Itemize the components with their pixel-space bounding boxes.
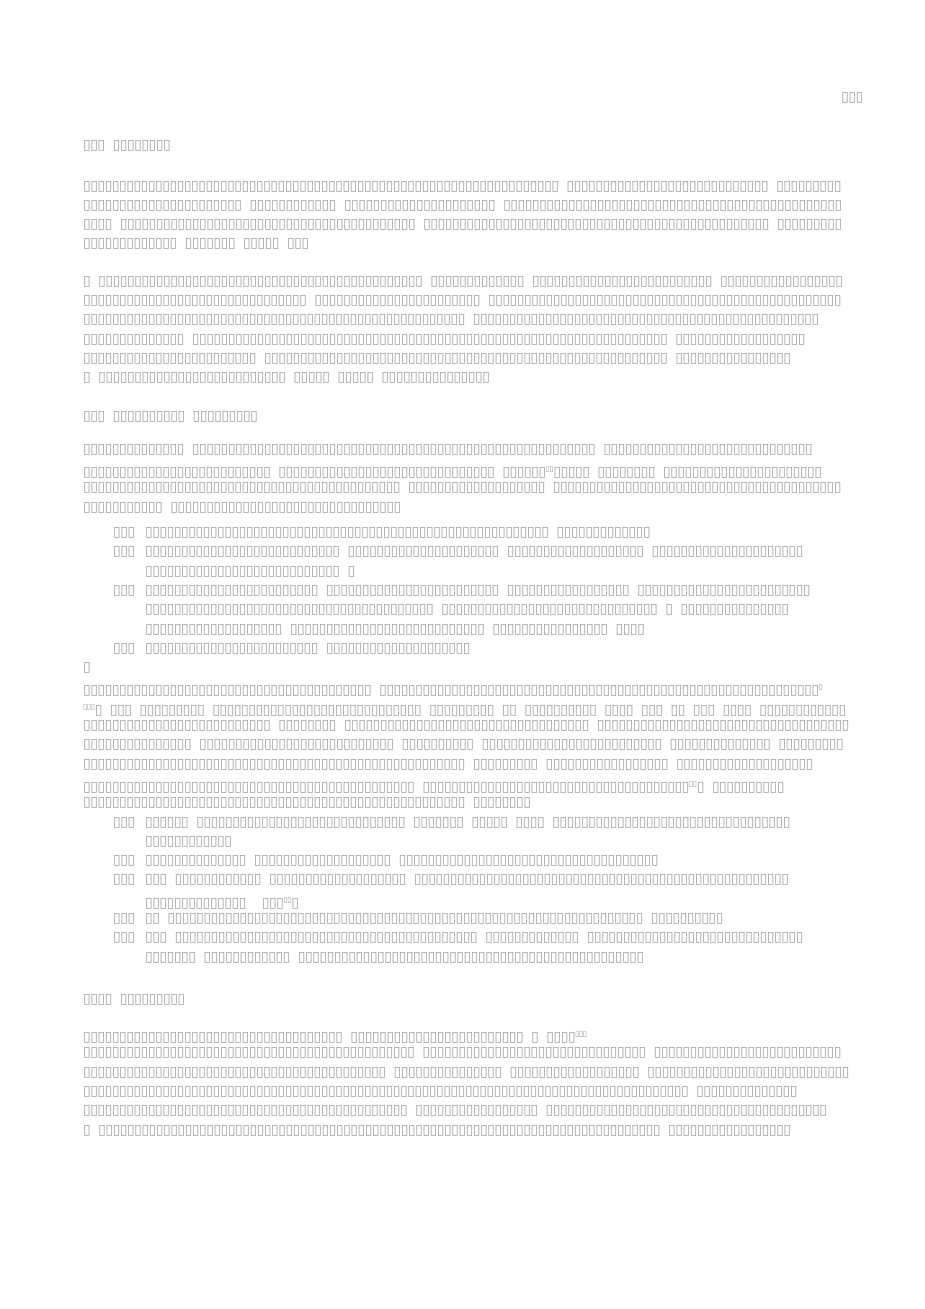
text-line: ▯▯▯▯ ▯▯▯ ▯▯▯▯▯▯▯▯▯ ▯▯▯▯▯▯▯▯▯▯▯▯▯▯▯▯▯▯▯▯▯… [83, 697, 862, 716]
list-marker: ▯▯▯ [113, 542, 135, 561]
text-line: ▯▯▯▯▯▯▯▯▯▯▯▯▯ ▯▯▯▯▯▯▯ ▯▯▯▯▯ ▯▯▯ [83, 234, 862, 253]
text-line: ▯ ▯▯▯▯▯▯▯▯▯▯▯▯▯▯▯▯▯▯▯▯▯▯▯▯▯▯ ▯▯▯▯▯ ▯▯▯▯▯… [83, 368, 862, 387]
text-line: ▯▯▯▯▯▯▯▯▯▯▯▯▯▯▯▯▯▯▯▯▯▯▯▯▯▯▯▯▯▯▯▯▯▯▯▯ ▯▯▯… [83, 1024, 862, 1043]
text-segment: ▯▯▯▯▯▯▯▯▯▯▯▯▯▯▯▯▯▯▯▯▯▯▯▯▯▯ ▯▯▯▯▯▯▯▯▯▯▯▯▯… [83, 464, 546, 478]
text-line: ▯▯▯▯▯▯▯▯▯▯▯▯▯▯▯▯▯▯▯▯▯▯▯▯▯▯▯▯▯▯▯▯▯▯▯▯▯▯▯▯… [83, 677, 862, 696]
footnote-ref: ▯▯▯ [575, 1029, 587, 1038]
text-segment: ▯▯▯▯▯▯▯▯▯▯▯▯▯▯▯▯▯▯▯▯▯▯▯▯▯▯▯▯▯▯▯▯▯▯▯▯▯▯▯▯… [145, 524, 650, 540]
list-marker: ▯▯▯ [113, 928, 135, 947]
text-line: ▯▯▯▯▯▯▯▯▯▯▯▯▯▯▯▯▯▯▯▯▯▯▯▯ ▯▯▯▯▯▯▯▯▯▯▯▯▯▯▯… [83, 349, 862, 368]
text-line: ▯▯▯▯▯▯ ▯▯▯▯▯▯▯▯▯▯▯▯▯▯▯▯▯▯▯▯▯▯▯▯▯▯▯▯▯▯▯▯▯… [83, 928, 862, 947]
text-line: ▯ ▯▯▯▯▯▯▯▯▯▯▯▯▯▯▯▯▯▯▯▯▯▯▯▯▯▯▯▯▯▯▯▯▯▯▯▯▯▯… [83, 272, 862, 291]
text-line: ▯▯▯▯▯▯▯▯▯▯▯▯▯▯▯▯▯▯▯▯▯▯▯▯▯▯ ▯▯▯▯▯▯▯▯ ▯▯▯▯… [83, 716, 862, 735]
text-segment: ▯▯▯▯▯▯▯▯▯▯▯▯▯▯▯▯▯▯▯▯▯▯▯▯▯▯▯▯▯▯▯▯▯▯▯▯▯▯▯▯… [83, 779, 689, 793]
list-marker: ▯▯▯ [113, 909, 135, 928]
section-heading-3: ▯▯▯▯ ▯▯▯▯▯▯▯▯▯ [83, 990, 862, 1009]
text-line: ▯▯▯▯▯▯▯▯▯▯▯▯▯▯▯▯▯▯▯▯▯▯▯▯▯▯▯▯▯▯▯▯▯▯▯▯▯▯▯▯… [83, 755, 862, 774]
page-number: ▯▯▯▯ [841, 88, 862, 107]
footnote-ref: ▯▯▯ [83, 702, 95, 711]
paragraph-1: ▯▯▯▯▯▯▯▯▯▯▯▯▯▯▯▯▯▯▯▯▯▯▯▯▯▯▯▯▯▯▯▯▯▯▯▯▯▯▯▯… [83, 177, 862, 254]
section-heading-2: ▯▯▯ ▯▯▯▯▯▯▯▯▯▯ ▯▯▯▯▯▯▯▯▯ [83, 407, 862, 426]
list-marker: ▯▯▯ [113, 870, 135, 889]
text-line: ▯▯▯▯▯▯▯▯▯▯▯▯▯▯▯▯▯▯▯▯▯▯▯▯▯▯▯▯▯▯▯▯▯▯▯▯▯▯▯▯… [83, 1082, 862, 1101]
text-segment: ▯▯▯▯▯▯▯▯▯▯▯▯▯▯▯▯▯▯▯▯▯▯▯▯ ▯▯▯▯▯▯▯▯▯▯▯▯▯▯▯… [145, 640, 470, 656]
list-marker: ▯▯▯ [113, 639, 135, 658]
text-line: ▯▯▯▯▯▯▯▯▯▯▯▯▯▯▯▯▯▯▯▯▯▯▯▯▯▯ ▯▯▯▯▯▯▯▯▯▯▯▯▯… [83, 459, 862, 478]
numbered-list-a: ▯▯▯▯▯▯▯▯▯▯▯▯▯▯▯▯▯▯▯▯▯▯▯▯▯▯▯▯▯▯▯▯▯▯▯▯▯▯▯▯… [83, 523, 862, 658]
text-line: ▯ ▯▯▯▯▯▯▯▯▯▯▯▯▯▯▯▯▯▯▯▯▯▯▯▯▯▯▯▯▯▯▯▯▯▯▯▯▯▯… [83, 1121, 862, 1140]
text-line: ▯▯▯▯▯▯▯▯▯▯▯▯▯▯▯▯▯▯▯▯▯▯▯▯▯▯▯▯▯▯▯▯▯▯▯▯▯▯▯▯… [83, 1063, 862, 1082]
text-line: ▯▯▯▯▯▯▯▯▯▯▯▯▯▯▯▯▯▯▯▯▯▯ ▯▯▯▯▯▯▯▯▯▯▯▯ ▯▯▯▯… [83, 196, 862, 215]
text-line: ▯▯▯▯▯▯▯▯▯▯▯▯▯▯▯▯▯▯▯▯▯▯▯▯▯▯▯▯▯▯▯▯▯▯▯▯▯▯▯▯… [83, 600, 862, 619]
list-item: ▯▯▯▯▯▯▯▯▯▯▯▯▯▯▯▯▯ ▯▯▯▯▯▯▯▯▯▯▯▯▯▯▯▯▯▯▯ ▯▯… [83, 851, 862, 870]
text-line: ▯▯▯▯▯▯▯▯▯▯▯▯▯▯▯▯▯▯▯▯▯▯▯▯▯▯▯ ▯▯▯▯▯▯▯▯▯▯▯▯… [83, 639, 862, 658]
list-marker: ▯▯▯ [113, 581, 135, 600]
text-line: ▯▯▯▯▯▯▯▯▯▯▯▯▯▯▯▯▯▯▯▯▯▯▯▯▯▯▯▯▯▯▯▯▯▯▯▯▯▯▯▯… [83, 523, 862, 542]
list-item: ▯▯▯▯▯▯ ▯▯▯▯▯▯▯▯▯▯▯▯▯▯▯▯▯▯▯▯▯▯▯▯▯▯▯▯▯▯▯▯▯… [83, 928, 862, 967]
list-item: ▯▯▯▯▯▯▯▯▯▯▯▯▯▯▯▯▯▯▯▯▯▯▯▯▯▯▯ ▯▯▯▯▯▯▯▯▯▯▯▯… [83, 639, 862, 658]
list-marker: ▯▯▯ [113, 523, 135, 542]
text-line: ▯▯▯▯▯▯▯▯▯▯▯▯▯▯▯▯▯▯▯▯▯▯▯▯▯▯▯▯▯▯▯▯▯▯▯▯▯▯▯▯… [83, 1043, 862, 1062]
text-segment: ▯▯▯▯▯▯▯▯▯▯▯▯▯▯ ▯▯▯ [145, 895, 283, 909]
page-header: ▯ ▯▯▯▯▯▯▯▯▯▯▯▯▯▯▯▯▯▯▯▯ ▯▯▯ ▯▯ ▯▯▯▯▯▯▯▯▯▯… [83, 88, 862, 107]
list-marker: ▯▯▯ [113, 851, 135, 870]
text-segment: ▯▯▯▯▯▯ ▯▯▯▯▯▯▯▯▯▯▯▯▯▯▯▯▯▯▯▯▯▯▯▯▯▯▯▯▯ ▯▯▯… [145, 814, 790, 830]
text-line: ▯▯▯▯▯▯▯▯▯▯▯▯▯▯▯▯▯▯▯▯▯▯▯▯▯▯▯▯▯▯▯▯▯▯▯▯▯▯▯▯… [83, 478, 862, 497]
text-segment: ▯▯▯▯▯▯▯▯▯▯▯▯▯▯▯▯▯▯▯▯▯▯▯▯▯▯▯ ▯▯▯▯▯▯▯▯▯▯▯▯… [145, 543, 803, 559]
numbered-list-b: ▯▯▯▯▯▯▯▯▯ ▯▯▯▯▯▯▯▯▯▯▯▯▯▯▯▯▯▯▯▯▯▯▯▯▯▯▯▯▯ … [83, 813, 862, 967]
text-line: ▯▯▯▯▯▯▯▯▯▯▯▯▯▯ ▯▯▯▯▯▯ [83, 890, 862, 909]
section-heading-1: ▯▯▯ ▯▯▯▯▯▯▯▯ [83, 136, 862, 155]
text-line: ▯▯▯▯▯▯▯ ▯▯▯▯▯▯▯▯▯▯▯▯ ▯▯▯▯▯▯▯▯▯▯▯▯▯▯▯▯▯▯▯… [83, 948, 862, 967]
text-line: ▯▯▯▯▯▯▯▯▯▯▯▯▯▯ ▯▯▯▯▯▯▯▯▯▯▯▯▯▯▯▯▯▯▯▯▯▯▯▯▯… [83, 330, 862, 349]
list-item: ▯▯▯▯▯▯▯▯▯▯▯▯▯▯▯▯▯▯▯▯▯▯▯▯▯▯▯▯▯▯ ▯▯▯▯▯▯▯▯▯… [83, 542, 862, 581]
paragraph-5: ▯▯▯▯▯▯▯▯▯▯▯▯▯▯▯▯▯▯▯▯▯▯▯▯▯▯▯▯▯▯▯▯▯▯▯▯ ▯▯▯… [83, 1024, 862, 1043]
text-line: ▯▯▯▯▯▯▯▯▯▯▯▯▯▯▯▯▯▯▯▯▯▯▯▯▯▯▯▯▯▯▯▯▯▯▯▯▯▯▯▯… [83, 177, 862, 196]
text-line: ▯▯▯▯▯▯▯▯▯ ▯▯▯▯▯▯▯▯▯▯▯▯▯▯▯▯▯▯▯▯▯▯▯▯▯▯▯▯▯ … [83, 813, 862, 832]
text-line: ▯▯▯▯ ▯▯▯▯▯▯▯▯▯▯▯▯▯▯▯▯▯▯▯▯▯▯▯▯▯▯▯▯▯▯▯▯▯▯▯… [83, 215, 862, 234]
text-segment: ▯ ▯▯▯▯▯▯▯▯▯▯ [697, 779, 784, 793]
text-line: ▯▯▯▯▯ ▯▯▯▯▯▯▯▯▯▯▯▯▯▯▯▯▯▯▯▯▯▯▯▯▯▯▯▯▯▯▯▯▯▯… [83, 909, 862, 928]
paragraph-6: ▯▯▯▯▯▯▯▯▯▯▯▯▯▯▯▯▯▯▯▯▯▯▯▯▯▯▯▯▯▯▯▯▯▯▯▯▯▯▯▯… [83, 1043, 862, 1139]
list-item: ▯▯▯▯▯ ▯▯▯▯▯▯▯▯▯▯▯▯▯▯▯▯▯▯▯▯▯▯▯▯▯▯▯▯▯▯▯▯▯▯… [83, 909, 862, 928]
stray-character-line: ▯ [83, 658, 862, 677]
list-item: ▯▯▯▯▯▯ ▯▯▯▯▯▯▯▯▯▯▯▯ ▯▯▯▯▯▯▯▯▯▯▯▯▯▯▯▯▯▯▯ … [83, 870, 862, 909]
footnote-ref: ▯▯ [689, 779, 697, 788]
text-line: ▯▯▯▯▯▯▯▯▯▯▯▯▯▯▯▯▯ ▯▯▯▯▯▯▯▯▯▯▯▯▯▯▯▯▯▯▯ ▯▯… [83, 851, 862, 870]
text-line: ▯▯▯▯▯▯▯▯▯▯▯▯▯▯▯▯▯▯▯▯▯▯▯▯▯▯▯▯▯▯ ▯▯▯▯▯▯▯▯▯… [83, 542, 862, 561]
text-segment: ▯▯▯ ▯▯▯▯▯▯▯▯▯▯▯▯ ▯▯▯▯▯▯▯▯▯▯▯▯▯▯▯▯▯▯▯ ▯▯▯… [145, 871, 788, 887]
text-line: ▯▯▯▯▯▯▯▯▯▯▯▯▯▯▯▯▯▯▯▯▯▯▯▯▯▯▯ ▯ [83, 562, 862, 581]
list-item: ▯▯▯▯▯▯▯▯▯▯▯▯▯▯▯▯▯▯▯▯▯▯▯▯▯▯▯▯▯▯▯▯▯▯▯▯▯▯▯▯… [83, 523, 862, 542]
text-line: ▯▯▯▯▯▯▯▯▯▯▯▯▯▯▯ ▯▯▯▯▯▯▯▯▯▯▯▯▯▯▯▯▯▯▯▯▯▯▯▯… [83, 735, 862, 754]
text-line: ▯▯▯▯▯▯▯▯▯▯▯▯▯▯▯▯▯▯▯▯▯▯▯▯▯▯▯▯▯▯▯▯▯▯▯▯▯▯▯▯… [83, 793, 862, 812]
text-segment: ▯▯▯▯▯▯▯▯▯▯▯▯▯▯ ▯▯▯▯▯▯▯▯▯▯▯▯▯▯▯▯▯▯▯ ▯▯▯▯▯… [145, 852, 658, 868]
text-line: ▯▯▯▯▯▯▯▯▯▯▯▯▯▯▯▯▯▯▯▯▯▯▯▯▯▯▯▯▯▯▯ ▯▯▯▯▯▯▯▯… [83, 291, 862, 310]
list-item: ▯▯▯▯▯▯▯▯▯▯▯▯▯▯▯▯▯▯▯▯▯▯▯▯▯▯▯ ▯▯▯▯▯▯▯▯▯▯▯▯… [83, 581, 862, 639]
text-line: ▯▯▯▯▯▯▯▯▯▯▯▯▯▯▯▯▯▯▯▯▯▯▯▯▯▯▯▯▯▯▯▯▯▯▯▯▯▯▯▯… [83, 310, 862, 329]
text-segment: ▯▯▯ ▯▯▯▯▯▯▯▯▯▯▯▯▯▯▯▯▯▯▯▯▯▯▯▯▯▯▯▯▯▯▯▯▯▯▯▯… [145, 929, 803, 945]
text-line: ▯▯▯▯▯▯▯▯▯▯▯▯▯▯▯▯▯▯▯ ▯▯▯▯▯▯▯▯▯▯▯▯▯▯▯▯▯▯▯▯… [83, 620, 862, 639]
text-line: ▯▯▯▯▯▯▯▯▯▯▯▯▯▯ ▯▯▯▯▯▯▯▯▯▯▯▯▯▯▯▯▯▯▯▯▯▯▯▯▯… [83, 440, 862, 459]
paragraph-4: ▯▯▯▯▯▯▯▯▯▯▯▯▯▯▯▯▯▯▯▯▯▯▯▯▯▯▯▯▯▯▯▯▯▯▯▯▯▯▯▯… [83, 677, 862, 812]
text-segment: ▯▯▯▯▯ ▯▯▯▯▯▯▯▯ ▯▯▯▯▯▯▯▯▯▯▯▯▯▯▯▯▯▯▯▯▯▯ [553, 464, 821, 478]
text-segment: ▯ [291, 895, 298, 909]
paragraph-2: ▯ ▯▯▯▯▯▯▯▯▯▯▯▯▯▯▯▯▯▯▯▯▯▯▯▯▯▯▯▯▯▯▯▯▯▯▯▯▯▯… [83, 272, 862, 388]
text-line: ▯▯▯▯▯▯▯▯▯▯▯▯▯▯▯▯▯▯▯▯▯▯▯▯▯▯▯▯▯▯▯▯▯▯▯▯▯▯▯▯… [83, 774, 862, 793]
text-line: ▯▯▯▯▯▯ ▯▯▯▯▯▯▯▯▯▯▯▯ ▯▯▯▯▯▯▯▯▯▯▯▯▯▯▯▯▯▯▯ … [83, 870, 862, 889]
text-line: ▯▯▯▯▯▯▯▯▯▯▯▯▯▯▯▯▯▯▯▯▯▯▯▯▯▯▯▯▯▯▯▯▯▯▯▯▯▯▯▯… [83, 1101, 862, 1120]
text-line: ▯▯▯▯▯▯▯▯▯▯▯▯ [83, 832, 862, 851]
list-item: ▯▯▯▯▯▯▯▯▯ ▯▯▯▯▯▯▯▯▯▯▯▯▯▯▯▯▯▯▯▯▯▯▯▯▯▯▯▯▯ … [83, 813, 862, 852]
list-marker: ▯▯▯ [113, 813, 135, 832]
text-segment: ▯▯▯▯▯▯▯▯▯▯▯▯▯▯▯▯▯▯▯▯▯▯▯▯▯▯▯▯▯▯▯▯▯▯▯▯▯▯▯▯… [83, 682, 819, 696]
text-segment: ▯ ▯▯▯ ▯▯▯▯▯▯▯▯▯ ▯▯▯▯▯▯▯▯▯▯▯▯▯▯▯▯▯▯▯▯▯▯▯▯… [95, 702, 846, 716]
text-line: ▯▯▯▯▯▯▯▯▯▯▯▯▯▯▯▯▯▯▯▯▯▯▯▯▯▯▯ ▯▯▯▯▯▯▯▯▯▯▯▯… [83, 581, 862, 600]
footnote-ref: ▯ [819, 682, 823, 691]
document-content: ▯ ▯▯▯▯▯▯▯▯▯▯▯▯▯▯▯▯▯▯▯▯ ▯▯▯ ▯▯ ▯▯▯▯▯▯▯▯▯▯… [83, 0, 862, 1140]
text-segment: ▯▯ ▯▯▯▯▯▯▯▯▯▯▯▯▯▯▯▯▯▯▯▯▯▯▯▯▯▯▯▯▯▯▯▯▯▯▯▯▯… [145, 910, 723, 926]
text-segment: ▯▯▯▯▯▯▯▯▯▯▯▯▯▯▯▯▯▯▯▯▯▯▯▯ ▯▯▯▯▯▯▯▯▯▯▯▯▯▯▯… [145, 582, 810, 598]
text-segment: ▯▯▯▯▯▯▯▯▯▯▯▯▯▯▯▯▯▯▯▯▯▯▯▯▯▯▯▯▯▯▯▯▯▯▯▯ ▯▯▯… [83, 1029, 575, 1043]
text-line: ▯▯▯▯▯▯▯▯▯▯▯ ▯▯▯▯▯▯▯▯▯▯▯▯▯▯▯▯▯▯▯▯▯▯▯▯▯▯▯▯… [83, 498, 862, 517]
paragraph-3: ▯▯▯▯▯▯▯▯▯▯▯▯▯▯ ▯▯▯▯▯▯▯▯▯▯▯▯▯▯▯▯▯▯▯▯▯▯▯▯▯… [83, 440, 862, 517]
document-page: ▯ ▯▯▯▯▯▯▯▯▯▯▯▯▯▯▯▯▯▯▯▯ ▯▯▯ ▯▯ ▯▯▯▯▯▯▯▯▯▯… [0, 0, 925, 1309]
